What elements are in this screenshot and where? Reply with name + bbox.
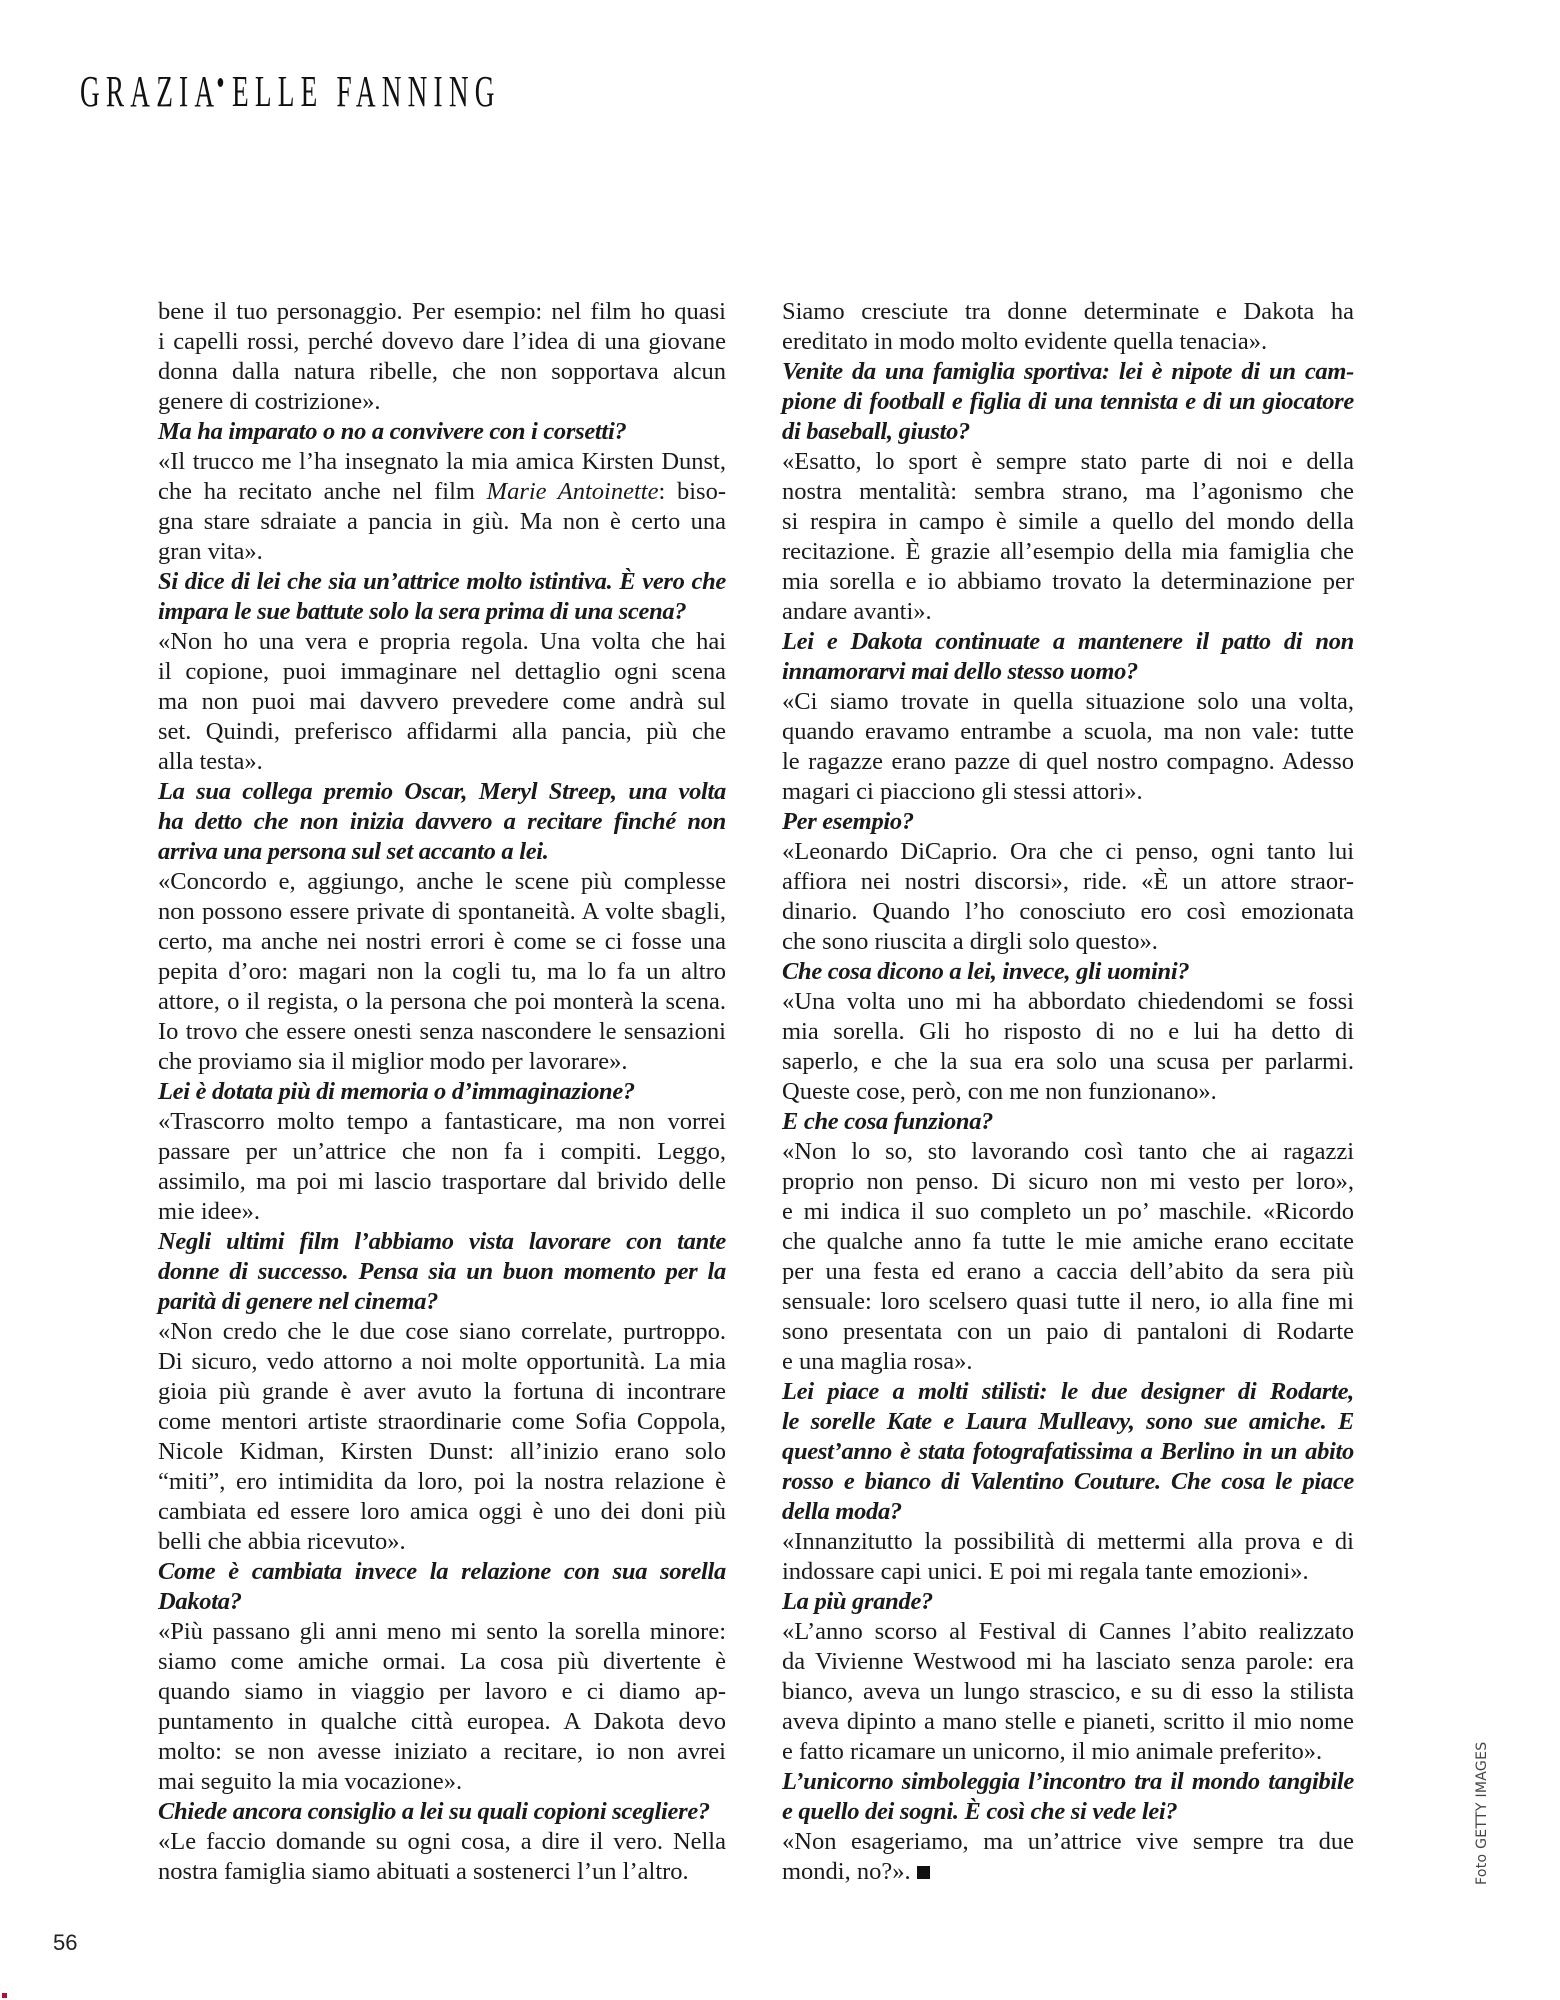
- text-line: di baseball, giusto?: [782, 417, 1354, 447]
- text-line: assimilo, ma poi mi lascio trasportare d…: [158, 1167, 726, 1197]
- text-line: parità di genere nel cinema?: [158, 1287, 726, 1317]
- text-line: «Leonardo DiCaprio. Ora che ci penso, og…: [782, 837, 1354, 867]
- text-line: affiora nei nostri discorsi», ride. «È u…: [782, 867, 1354, 897]
- interview-answer: «Esatto, lo sport è sempre stato parte d…: [782, 447, 1354, 627]
- text-line: ha detto che non inizia davvero a recita…: [158, 807, 726, 837]
- text-line: non possono essere private di spontaneit…: [158, 897, 726, 927]
- interview-question: Che cosa dicono a lei, invece, gli uomin…: [782, 957, 1354, 987]
- text-line: e quello dei sogni. È così che si vede l…: [782, 1797, 1354, 1827]
- text-line: della moda?: [782, 1497, 1354, 1527]
- text-line: La più grande?: [782, 1587, 1354, 1617]
- text-line: Venite da una famiglia sportiva: lei è n…: [782, 357, 1354, 387]
- text-line: certo, ma anche nei nostri errori è come…: [158, 927, 726, 957]
- text-line: Che cosa dicono a lei, invece, gli uomin…: [782, 957, 1354, 987]
- text-line: molto: se non avesse iniziato a recitare…: [158, 1737, 726, 1767]
- text-line: bianco, aveva un lungo strascico, e su d…: [782, 1677, 1354, 1707]
- text-line: «Non ho una vera e propria regola. Una v…: [158, 627, 726, 657]
- text-line: donna dalla natura ribelle, che non sopp…: [158, 357, 726, 387]
- text-line: Di sicuro, vedo attorno a noi molte oppo…: [158, 1347, 726, 1377]
- interview-answer: «Ci siamo trovate in quella situazione s…: [782, 687, 1354, 807]
- text-line: puntamento in qualche città europea. A D…: [158, 1707, 726, 1737]
- interview-question: Si dice di lei che sia un’attrice molto …: [158, 567, 726, 627]
- text-line: cambiata ed essere loro amica oggi è uno…: [158, 1497, 726, 1527]
- text-line: «Innanzitutto la possibilità di mettermi…: [782, 1527, 1354, 1557]
- text-line: attore, o il regista, o la persona che p…: [158, 987, 726, 1017]
- article-column-right: Siamo cresciute tra donne determinate e …: [782, 297, 1354, 1887]
- text-line: “miti”, ero intimidita da loro, poi la n…: [158, 1467, 726, 1497]
- interview-answer: Siamo cresciute tra donne determinate e …: [782, 297, 1354, 357]
- publication-name: GRAZIA: [80, 67, 220, 116]
- text-line: alla testa».: [158, 747, 726, 777]
- interview-question: Per esempio?: [782, 807, 1354, 837]
- text-line: «Trascorro molto tempo a fantasticare, m…: [158, 1107, 726, 1137]
- text-line: «Concordo e, aggiungo, anche le scene pi…: [158, 867, 726, 897]
- interview-answer: «Più passano gli anni meno mi sento la s…: [158, 1617, 726, 1797]
- interview-answer: «Non lo so, sto lavorando così tanto che…: [782, 1137, 1354, 1377]
- text-line: innamorarvi mai dello stesso uomo?: [782, 657, 1354, 687]
- text-line: Siamo cresciute tra donne determinate e …: [782, 297, 1354, 327]
- interview-answer: «Non esageriamo, ma un’attrice vive semp…: [782, 1827, 1354, 1887]
- text-line: impara le sue battute solo la sera prima…: [158, 597, 726, 627]
- text-line: Ma ha imparato o no a convivere con i co…: [158, 417, 726, 447]
- text-segment: che ha recitato anche nel film: [158, 478, 487, 505]
- text-line: mondi, no?».: [782, 1857, 1354, 1887]
- interview-answer: bene il tuo personaggio. Per esempio: ne…: [158, 297, 726, 417]
- interview-question: Venite da una famiglia sportiva: lei è n…: [782, 357, 1354, 447]
- text-line: Lei e Dakota continuate a mantenere il p…: [782, 627, 1354, 657]
- text-line: come mentori artiste straordinarie come …: [158, 1407, 726, 1437]
- text-line: sono presentata con un paio di pantaloni…: [782, 1317, 1354, 1347]
- text-line: «Le faccio domande su ogni cosa, a dire …: [158, 1827, 726, 1857]
- interview-answer: «Leonardo DiCaprio. Ora che ci penso, og…: [782, 837, 1354, 957]
- text-line: «Una volta uno mi ha abbordato chiedendo…: [782, 987, 1354, 1017]
- text-line: mia sorella. Gli ho risposto di no e lui…: [782, 1017, 1354, 1047]
- interview-question: Ma ha imparato o no a convivere con i co…: [158, 417, 726, 447]
- text-line: le sorelle Kate e Laura Mulleavy, sono s…: [782, 1407, 1354, 1437]
- text-line: da Vivienne Westwood mi ha lasciato senz…: [782, 1647, 1354, 1677]
- text-line: i capelli rossi, perché dovevo dare l’id…: [158, 327, 726, 357]
- text-line: donne di successo. Pensa sia un buon mom…: [158, 1257, 726, 1287]
- interview-question: La sua collega premio Oscar, Meryl Stree…: [158, 777, 726, 867]
- interview-answer: «Concordo e, aggiungo, anche le scene pi…: [158, 867, 726, 1077]
- text-line: le ragazze erano pazze di quel nostro co…: [782, 747, 1354, 777]
- text-line: magari ci piacciono gli stessi attori».: [782, 777, 1354, 807]
- bullet-dot-icon: [218, 78, 224, 87]
- text-line: E che cosa funziona?: [782, 1107, 1354, 1137]
- article-subject: ELLE FANNING: [232, 67, 501, 116]
- interview-answer: «Il trucco me l’ha insegnato la mia amic…: [158, 447, 726, 567]
- text-line: aveva dipinto a mano stelle e pianeti, s…: [782, 1707, 1354, 1737]
- interview-question: L’unicorno simboleggia l’incontro tra il…: [782, 1767, 1354, 1827]
- text-line: e una maglia rosa».: [782, 1347, 1354, 1377]
- text-line: «L’anno scorso al Festival di Cannes l’a…: [782, 1617, 1354, 1647]
- interview-question: La più grande?: [782, 1587, 1354, 1617]
- text-line: indossare capi unici. E poi mi regala ta…: [782, 1557, 1354, 1587]
- interview-question: Lei e Dakota continuate a mantenere il p…: [782, 627, 1354, 687]
- text-line: Come è cambiata invece la relazione con …: [158, 1557, 726, 1587]
- interview-answer: «Non ho una vera e propria regola. Una v…: [158, 627, 726, 777]
- interview-question: Lei è dotata più di memoria o d’immagina…: [158, 1077, 726, 1107]
- text-line: quest’anno è stata fotografatissima a Be…: [782, 1437, 1354, 1467]
- text-line: Lei piace a molti stilisti: le due desig…: [782, 1377, 1354, 1407]
- text-line: per una festa ed erano a caccia dell’abi…: [782, 1257, 1354, 1287]
- text-line: il copione, puoi immaginare nel dettagli…: [158, 657, 726, 687]
- text-line: quando siamo in viaggio per lavoro e ci …: [158, 1677, 726, 1707]
- text-line: che proviamo sia il miglior modo per lav…: [158, 1047, 726, 1077]
- text-line: «Il trucco me l’ha insegnato la mia amic…: [158, 447, 726, 477]
- text-line: proprio non penso. Di sicuro non mi vest…: [782, 1167, 1354, 1197]
- text-line: bene il tuo personaggio. Per esempio: ne…: [158, 297, 726, 327]
- interview-answer: «Le faccio domande su ogni cosa, a dire …: [158, 1827, 726, 1887]
- text-line: Chiede ancora consiglio a lei su quali c…: [158, 1797, 726, 1827]
- page-number: 56: [53, 1930, 77, 1956]
- interview-answer: «Trascorro molto tempo a fantasticare, m…: [158, 1107, 726, 1227]
- text-line: Nicole Kidman, Kirsten Dunst: all’inizio…: [158, 1437, 726, 1467]
- text-segment: : biso-: [658, 478, 726, 505]
- end-of-article-square-icon: [917, 1866, 930, 1879]
- text-line: «Più passano gli anni meno mi sento la s…: [158, 1617, 726, 1647]
- text-line: mie idee».: [158, 1197, 726, 1227]
- text-line: quando eravamo entrambe a scuola, ma non…: [782, 717, 1354, 747]
- interview-answer: «L’anno scorso al Festival di Cannes l’a…: [782, 1617, 1354, 1767]
- text-line: Negli ultimi film l’abbiamo vista lavora…: [158, 1227, 726, 1257]
- text-line: gioia più grande è aver avuto la fortuna…: [158, 1377, 726, 1407]
- text-line: «Non esageriamo, ma un’attrice vive semp…: [782, 1827, 1354, 1857]
- article-column-left: bene il tuo personaggio. Per esempio: ne…: [158, 297, 726, 1887]
- text-line: ereditato in modo molto evidente quella …: [782, 327, 1354, 357]
- text-line: gran vita».: [158, 537, 726, 567]
- text-line: saperlo, e che la sua era solo una scusa…: [782, 1047, 1354, 1077]
- interview-answer: «Una volta uno mi ha abbordato chiedendo…: [782, 987, 1354, 1107]
- text-line: che sono riuscita a dirgli solo questo».: [782, 927, 1354, 957]
- text-line: mia sorella e io abbiamo trovato la dete…: [782, 567, 1354, 597]
- interview-question: Chiede ancora consiglio a lei su quali c…: [158, 1797, 726, 1827]
- text-line: set. Quindi, preferisco affidarmi alla p…: [158, 717, 726, 747]
- text-line: arriva una persona sul set accanto a lei…: [158, 837, 726, 867]
- text-line: «Ci siamo trovate in quella situazione s…: [782, 687, 1354, 717]
- film-title: Marie Antoinette: [487, 478, 659, 505]
- text-line: rosso e bianco di Valentino Couture. Che…: [782, 1467, 1354, 1497]
- text-line: e mi indica il suo completo un po’ masch…: [782, 1197, 1354, 1227]
- interview-question: E che cosa funziona?: [782, 1107, 1354, 1137]
- text-line: pepita d’oro: magari non la cogli tu, ma…: [158, 957, 726, 987]
- interview-question: Lei piace a molti stilisti: le due desig…: [782, 1377, 1354, 1527]
- text-line: L’unicorno simboleggia l’incontro tra il…: [782, 1767, 1354, 1797]
- text-line: «Non credo che le due cose siano correla…: [158, 1317, 726, 1347]
- text-line: Lei è dotata più di memoria o d’immagina…: [158, 1077, 726, 1107]
- text-line: belli che abbia ricevuto».: [158, 1527, 726, 1557]
- text-line: siamo come amiche ormai. La cosa più div…: [158, 1647, 726, 1677]
- interview-answer: «Non credo che le due cose siano correla…: [158, 1317, 726, 1557]
- text-line: genere di costrizione».: [158, 387, 726, 417]
- text-line: si respira in campo è simile a quello de…: [782, 507, 1354, 537]
- text-line: gna stare sdraiate a pancia in giù. Ma n…: [158, 507, 726, 537]
- text-line: andare avanti».: [782, 597, 1354, 627]
- text-line: Io trovo che essere onesti senza nascond…: [158, 1017, 726, 1047]
- text-line: Queste cose, però, con me non funzionano…: [782, 1077, 1354, 1107]
- interview-answer: «Innanzitutto la possibilità di mettermi…: [782, 1527, 1354, 1587]
- text-line: ma non puoi mai davvero prevedere come a…: [158, 687, 726, 717]
- text-line: che qualche anno fa tutte le mie amiche …: [782, 1227, 1354, 1257]
- photo-credit: Foto GETTY IMAGES: [1474, 1742, 1490, 1885]
- text-line: Per esempio?: [782, 807, 1354, 837]
- text-line: recitazione. È grazie all’esempio della …: [782, 537, 1354, 567]
- text-line: «Non lo so, sto lavorando così tanto che…: [782, 1137, 1354, 1167]
- text-line: Si dice di lei che sia un’attrice molto …: [158, 567, 726, 597]
- text-line: Dakota?: [158, 1587, 726, 1617]
- text-line: pione di football e figlia di una tennis…: [782, 387, 1354, 417]
- text-line: sensuale: loro scelsero quasi tutte il n…: [782, 1287, 1354, 1317]
- interview-question: Come è cambiata invece la relazione con …: [158, 1557, 726, 1617]
- text-line: La sua collega premio Oscar, Meryl Stree…: [158, 777, 726, 807]
- text-line: dinario. Quando l’ho conosciuto ero così…: [782, 897, 1354, 927]
- text-line: mai seguito la mia vocazione».: [158, 1767, 726, 1797]
- text-line: che ha recitato anche nel film Marie Ant…: [158, 477, 726, 507]
- interview-question: Negli ultimi film l’abbiamo vista lavora…: [158, 1227, 726, 1317]
- text-line: «Esatto, lo sport è sempre stato parte d…: [782, 447, 1354, 477]
- text-line: nostra famiglia siamo abituati a sostene…: [158, 1857, 726, 1887]
- text-line: passare per un’attrice che non fa i comp…: [158, 1137, 726, 1167]
- running-head: GRAZIAELLE FANNING: [80, 70, 501, 114]
- text-line: nostra mentalità: sembra strano, ma l’ag…: [782, 477, 1354, 507]
- text-line: e fatto ricamare un unicorno, il mio ani…: [782, 1737, 1354, 1767]
- crop-mark-icon: [2, 1993, 7, 1998]
